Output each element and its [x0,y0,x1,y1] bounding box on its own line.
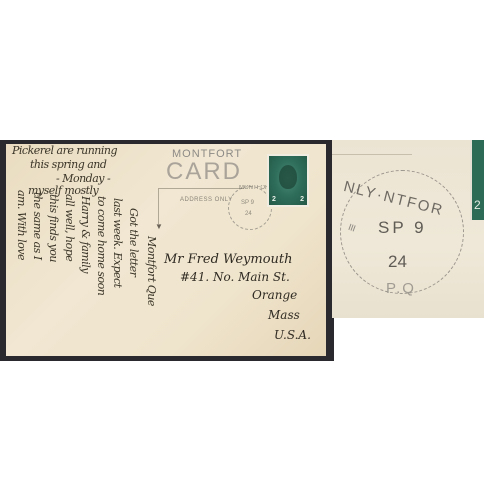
address-line: U.S.A. [274,328,311,342]
stamp-denomination: 2 [272,196,276,203]
message-column: to come home soon [95,196,108,295]
stamp-king-portrait: 2 2 [269,156,307,205]
message-column: last week. Expect [111,198,124,288]
stamp-denomination: 2 [300,196,304,203]
divider-line [332,154,412,155]
stamp-edge: 2 [470,140,484,220]
postcard-back: Pickerel are running this spring and - M… [6,144,326,356]
postmark-year: 24 [245,211,252,217]
postage-stamp: 2 2 [267,154,309,207]
message-column: the same as I [31,192,44,260]
postcard-image-frame: Pickerel are running this spring and - M… [0,140,334,361]
address-line: #41. No. Main St. [180,270,290,284]
message-column: Montfort Que [145,236,158,306]
postmark-detail-crop: 2 NLY·NTFOR ≡ SP 9 24 P.Q [332,140,484,318]
postmark-date: SP 9 [378,218,427,238]
divider-line [158,188,159,224]
postmark: MONTFORT SP 9 24 [228,186,272,230]
handwritten-message: Pickerel are running this spring and - M… [8,144,168,356]
portrait-icon [279,165,297,189]
arrow-down-icon: ▼ [155,222,163,231]
divider-line [158,188,244,189]
stamp-denomination: 2 [474,198,481,212]
address-line: Orange [252,288,297,302]
message-column: am. With love [15,190,28,260]
message-row: this spring and [30,158,106,171]
message-row: Pickerel are running [12,144,117,157]
address-only-label: ADDRESS ONLY [180,197,233,203]
message-column: all well, hope [63,194,76,261]
message-column: this finds you [47,194,60,262]
postmark-province: P.Q [386,280,416,297]
postmark-date: SP 9 [241,200,254,206]
address-line: Mass [268,308,300,322]
message-column: Got the letter [127,208,140,276]
card-heading: CARD [166,158,242,186]
postmark-year: 24 [388,252,407,272]
message-column: Harry & family [79,196,92,273]
address-line: Mr Fred Weymouth [164,252,293,267]
